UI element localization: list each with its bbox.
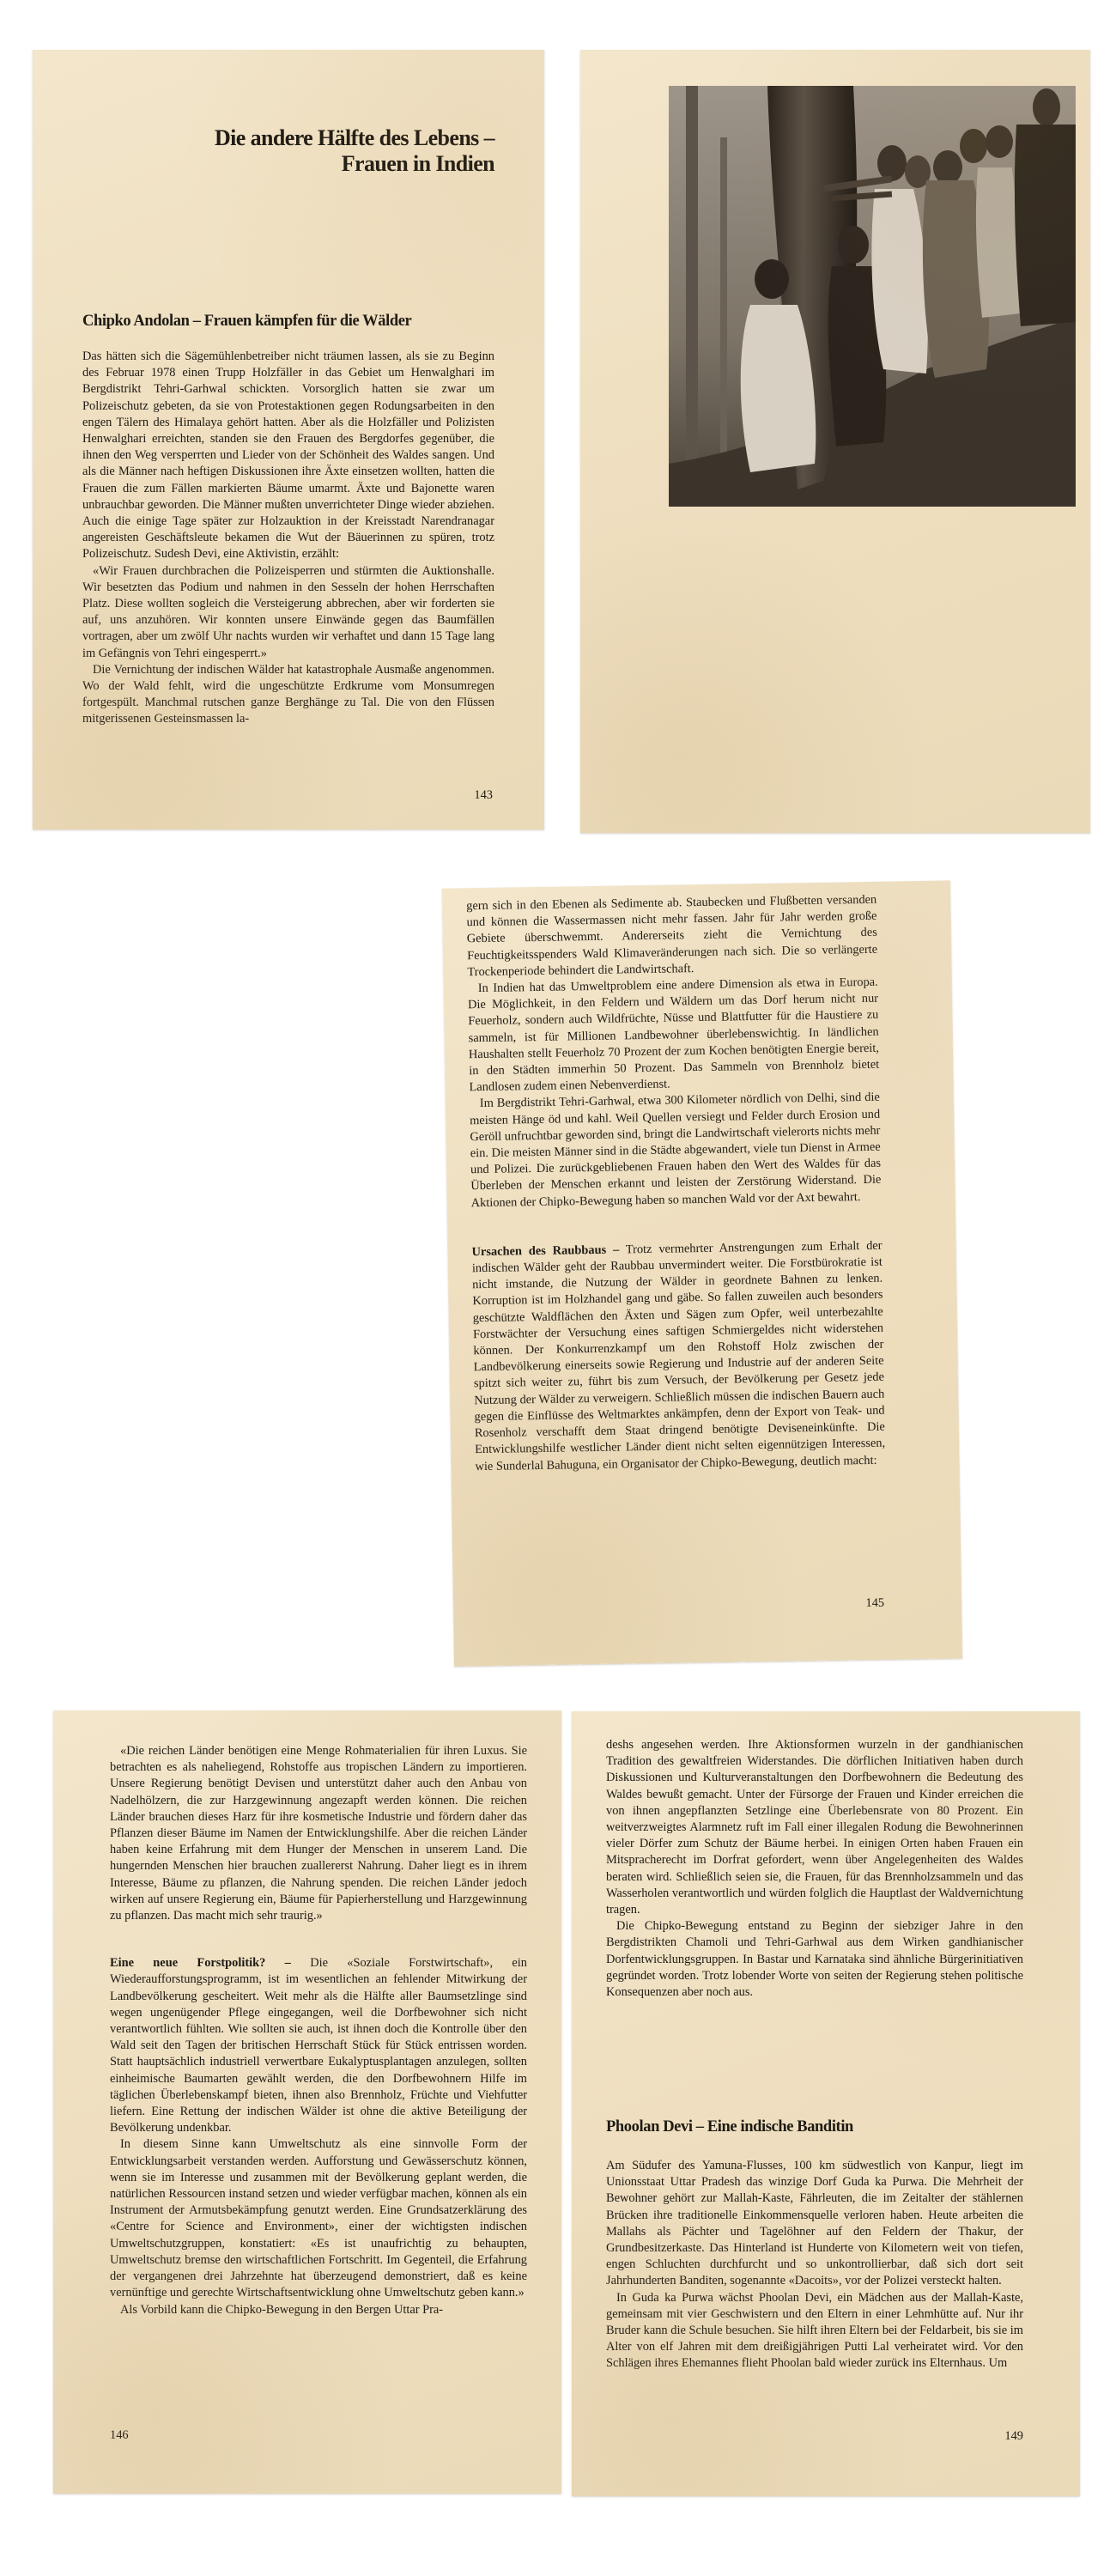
- runin-heading-raubbau: Ursachen des Raubbaus –: [471, 1242, 619, 1259]
- page-146: «Die reichen Länder benötigen eine Menge…: [53, 1710, 561, 2494]
- section-title-phoolan: Phoolan Devi – Eine indische Banditin: [606, 2118, 853, 2136]
- photo-image: [669, 86, 1076, 507]
- page-number: 149: [1004, 2429, 1023, 2444]
- paragraph: In Guda ka Purwa wächst Phoolan Devi, ei…: [606, 2290, 1023, 2372]
- page-number: 145: [865, 1596, 884, 1611]
- chapter-title-line-2: Frauen in Indien: [215, 151, 494, 177]
- quote-paragraph: «Die reichen Länder benötigen eine Menge…: [110, 1743, 527, 1924]
- body-text-143: Das hätten sich die Sägemühlenbetreiber …: [82, 349, 494, 728]
- section-title-chipko: Chipko Andolan – Frauen kämpfen für die …: [82, 313, 411, 331]
- body-text-149-bottom: Am Südufer des Yamuna-Flusses, 100 km sü…: [606, 2158, 1023, 2372]
- runin-text: Trotz vermehrter Anstrengungen zum Erhal…: [472, 1239, 886, 1473]
- page-144-photo: [580, 50, 1090, 833]
- chapter-title-line-1: Die andere Hälfte des Lebens –: [215, 125, 494, 151]
- page-145: gern sich in den Ebenen als Sedimente ab…: [442, 880, 962, 1666]
- paragraph: Im Bergdistrikt Tehri-Garhwal, etwa 300 …: [470, 1090, 882, 1212]
- paragraph: Als Vorbild kann die Chipko-Bewegung in …: [110, 2302, 527, 2318]
- page-number: 143: [474, 788, 493, 803]
- runin-heading-forstpolitik: Eine neue Forstpolitik? –: [110, 1956, 291, 1970]
- paragraph: deshs angesehen werden. Ihre Aktionsform…: [606, 1737, 1023, 1918]
- page-number: 146: [110, 2428, 129, 2443]
- chapter-title: Die andere Hälfte des Lebens – Frauen in…: [215, 125, 494, 177]
- body-text-146: «Die reichen Länder benötigen eine Menge…: [110, 1743, 527, 2318]
- paragraph: gern sich in den Ebenen als Sedimente ab…: [466, 892, 877, 981]
- body-text-149-top: deshs angesehen werden. Ihre Aktionsform…: [606, 1737, 1023, 2001]
- runin-paragraph-forstpolitik: Eine neue Forstpolitik? – Die «Soziale F…: [110, 1955, 527, 2136]
- paragraph: In diesem Sinne kann Umweltschutz als ei…: [110, 2136, 527, 2301]
- paragraph: Die Vernichtung der indischen Wälder hat…: [82, 662, 494, 728]
- page-149: deshs angesehen werden. Ihre Aktionsform…: [572, 1711, 1080, 2496]
- photo-women-hugging-tree: [669, 86, 1076, 507]
- paragraph: In Indien hat das Umweltproblem eine and…: [468, 975, 880, 1097]
- body-text-145: gern sich in den Ebenen als Sedimente ab…: [466, 892, 885, 1475]
- paragraph: Das hätten sich die Sägemühlenbetreiber …: [82, 349, 494, 563]
- paragraph: Die Chipko-Bewegung entstand zu Beginn d…: [606, 1918, 1023, 2001]
- page-143: Die andere Hälfte des Lebens – Frauen in…: [33, 50, 544, 829]
- runin-text: Die «Soziale Forstwirtschaft», ein Wiede…: [110, 1956, 527, 2135]
- quote-paragraph: «Wir Frauen durchbrachen die Polizeisper…: [82, 563, 494, 662]
- paragraph: Am Südufer des Yamuna-Flusses, 100 km sü…: [606, 2158, 1023, 2290]
- runin-paragraph-raubbau: Ursachen des Raubbaus – Trotz vermehrter…: [471, 1238, 885, 1475]
